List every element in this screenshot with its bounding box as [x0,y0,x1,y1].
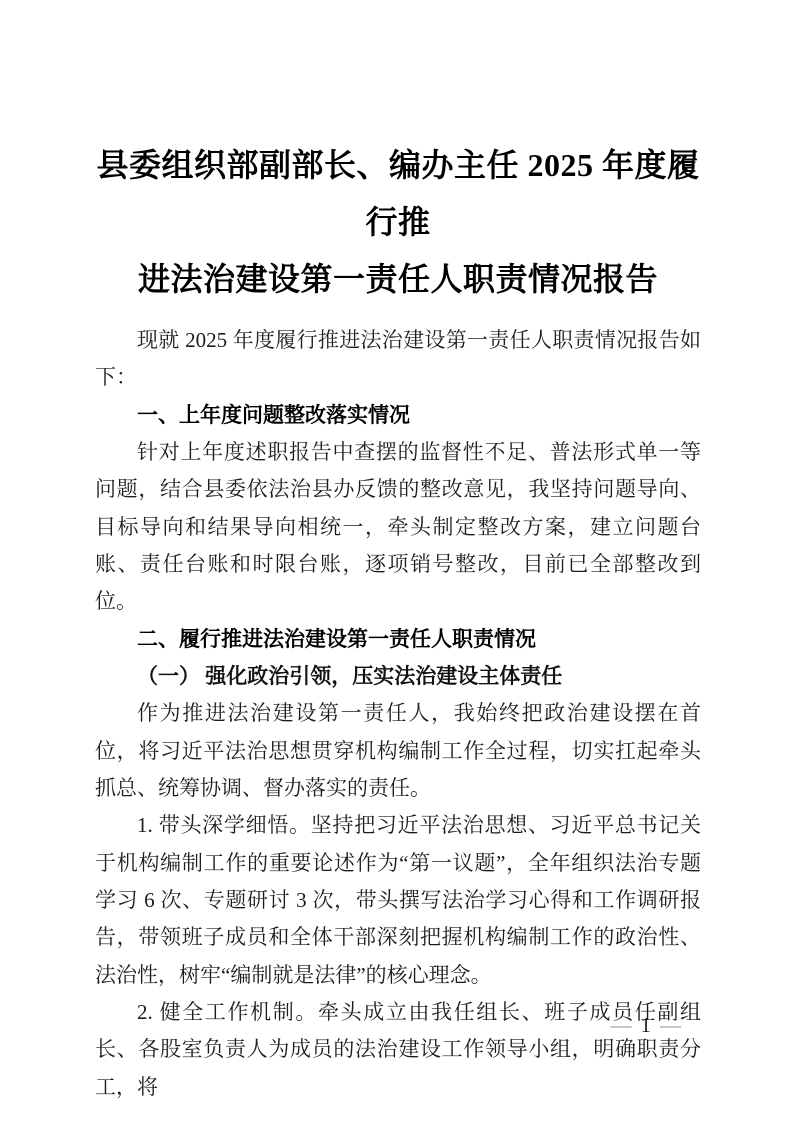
document-title-line-1: 县委组织部副部长、编办主任 2025 年度履行推 [95,137,701,251]
document-title: 县委组织部副部长、编办主任 2025 年度履行推 进法治建设第一责任人职责情况报… [95,137,701,308]
section-heading-1: 一、上年度问题整改落实情况 [95,397,701,434]
subsection-heading-2-1: （一） 强化政治引领，压实法治建设主体责任 [95,658,701,695]
intro-paragraph: 现就 2025 年度履行推进法治建设第一责任人职责情况报告如下： [95,322,701,397]
document-body: 现就 2025 年度履行推进法治建设第一责任人职责情况报告如下： 一、上年度问题… [95,322,701,1106]
page-number: —1— [611,1012,682,1038]
subsection-2-1-paragraph: 作为推进法治建设第一责任人，我始终把政治建设摆在首位，将习近平法治思想贯穿机构编… [95,695,701,807]
section-heading-2: 二、履行推进法治建设第一责任人职责情况 [95,621,701,658]
document-title-line-2: 进法治建设第一责任人职责情况报告 [95,251,701,308]
point-1-paragraph: 1. 带头深学细悟。坚持把习近平法治思想、习近平总书记关于机构编制工作的重要论述… [95,807,701,994]
page-number-right-dash: — [660,1013,681,1037]
page-number-left-dash: — [611,1013,632,1037]
section-1-paragraph: 针对上年度述职报告中查摆的监督性不足、普法形式单一等问题，结合县委依法治县办反馈… [95,434,701,621]
page-number-value: 1 [632,1013,661,1037]
document-page: 县委组织部副部长、编办主任 2025 年度履行推 进法治建设第一责任人职责情况报… [0,0,793,1122]
point-2-paragraph: 2. 健全工作机制。牵头成立由我任组长、班子成员任副组长、各股室负责人为成员的法… [95,994,701,1106]
